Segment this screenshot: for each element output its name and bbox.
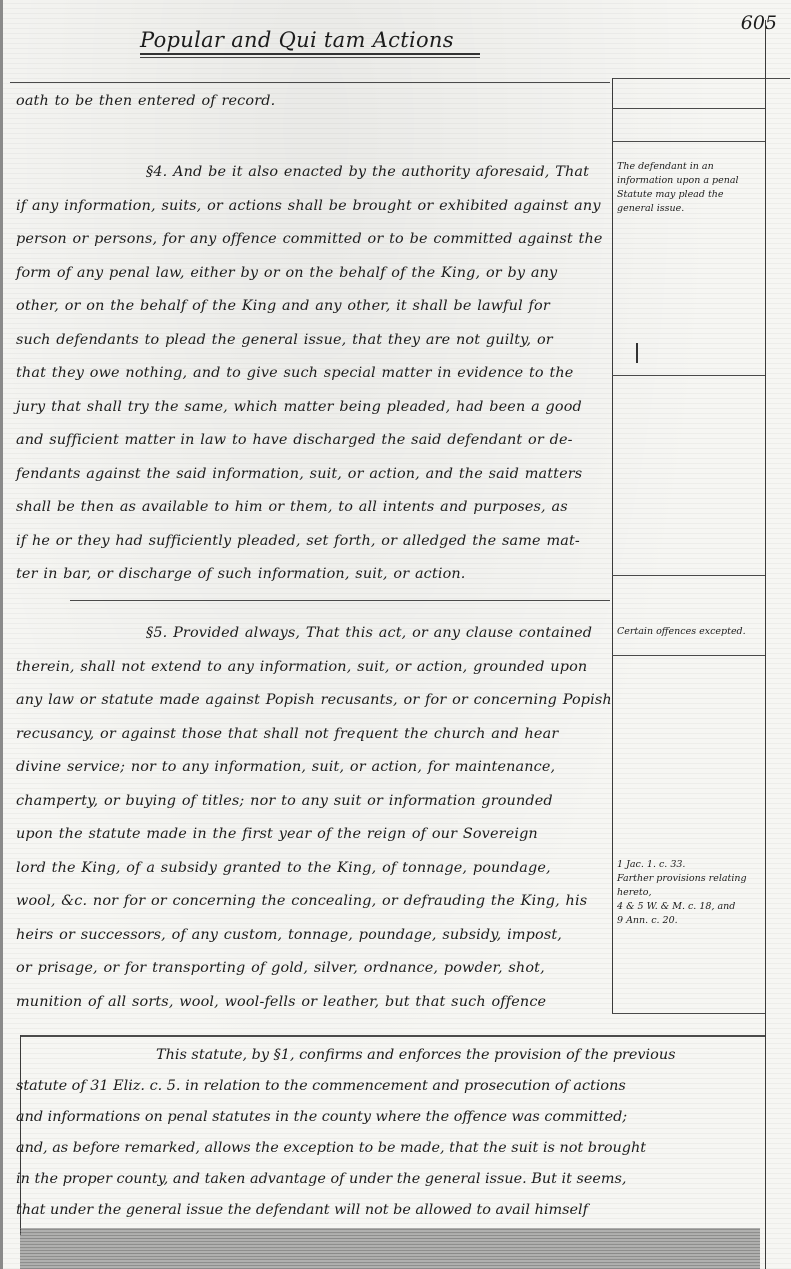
margin-note-references: 1 Jac. 1. c. 33. Farther provisions rela…: [617, 858, 765, 928]
margin-note-exceptions: Certain offences excepted.: [617, 625, 765, 639]
margin-note-line: 4 & 5 W. & M. c. 18, and: [617, 900, 765, 914]
margin-rule: [612, 375, 765, 376]
text-line: ter in bar, or discharge of such informa…: [16, 559, 606, 593]
scan-edge: [0, 0, 3, 1269]
text-line: champerty, or buying of titles; nor to a…: [16, 786, 606, 820]
margin-rule: [612, 1013, 765, 1014]
text-line: §4. And be it also enacted by the author…: [16, 157, 606, 191]
margin-rule: [612, 655, 765, 656]
text-line: §5. Provided always, That this act, or a…: [16, 618, 606, 652]
margin-note-line: hereto,: [617, 886, 765, 900]
section-5-text: §5. Provided always, That this act, or a…: [16, 618, 606, 1020]
text-line: shall be then as available to him or the…: [16, 492, 606, 526]
text-line: heirs or successors, of any custom, tonn…: [16, 920, 606, 954]
section-4-text: §4. And be it also enacted by the author…: [16, 157, 606, 593]
margin-note-line: information upon a penal: [617, 174, 765, 188]
text-line: jury that shall try the same, which matt…: [16, 392, 606, 426]
text-line: form of any penal law, either by or on t…: [16, 258, 606, 292]
margin-rule: [612, 108, 765, 109]
text-line: that they owe nothing, and to give such …: [16, 358, 606, 392]
page-title: Popular and Qui tam Actions: [140, 28, 480, 55]
section-rule: [70, 600, 610, 601]
margin-note-line: 1 Jac. 1. c. 33.: [617, 858, 765, 872]
manuscript-page: Popular and Qui tam Actions 605 oath to …: [0, 0, 791, 1269]
text-line: if he or they had sufficiently pleaded, …: [16, 526, 606, 560]
commentary-line: statute of 31 Eliz. c. 5. in relation to…: [16, 1071, 771, 1102]
commentary-line: in the proper county, and taken advantag…: [16, 1164, 771, 1195]
header-rule: [10, 82, 610, 83]
margin-note-general-issue: The defendant in an information upon a p…: [617, 160, 765, 216]
margin-rule: [612, 575, 765, 576]
text-line: lord the King, of a subsidy granted to t…: [16, 853, 606, 887]
text-line: upon the statute made in the first year …: [16, 819, 606, 853]
text-line: or prisage, or for transporting of gold,…: [16, 953, 606, 987]
margin-note-line: general issue.: [617, 202, 765, 216]
text-line: such defendants to plead the general iss…: [16, 325, 606, 359]
text-line: recusancy, or against those that shall n…: [16, 719, 606, 753]
page-number: 605: [741, 12, 777, 34]
text-line: munition of all sorts, wool, wool-fells …: [16, 987, 606, 1021]
margin-note-line: Certain offences excepted.: [617, 625, 765, 639]
commentary-line: that under the general issue the defenda…: [16, 1195, 771, 1226]
margin-stroke-mark: [636, 343, 638, 363]
text-line: therein, shall not extend to any informa…: [16, 652, 606, 686]
commentary-line: This statute, by §1, confirms and enforc…: [16, 1040, 771, 1071]
text-line: and sufficient matter in law to have dis…: [16, 425, 606, 459]
margin-top-rule: [612, 78, 790, 79]
margin-note-line: 9 Ann. c. 20.: [617, 914, 765, 928]
main-text-column: oath to be then entered of record.: [16, 86, 606, 120]
scan-shadow: [20, 1228, 760, 1269]
text-line: person or persons, for any offence commi…: [16, 224, 606, 258]
text-line: any law or statute made against Popish r…: [16, 685, 606, 719]
margin-note-line: The defendant in an: [617, 160, 765, 174]
text-line: wool, &c. nor for or concerning the conc…: [16, 886, 606, 920]
margin-rule: [612, 141, 765, 142]
text-line: other, or on the behalf of the King and …: [16, 291, 606, 325]
margin-column-divider: [612, 78, 613, 1013]
margin-note-line: Statute may plead the: [617, 188, 765, 202]
text-line: if any information, suits, or actions sh…: [16, 191, 606, 225]
commentary-line: and, as before remarked, allows the exce…: [16, 1133, 771, 1164]
text-line: oath to be then entered of record.: [16, 86, 606, 120]
margin-note-line: Farther provisions relating: [617, 872, 765, 886]
commentary-text: This statute, by §1, confirms and enforc…: [16, 1040, 771, 1226]
commentary-top-rule: [20, 1035, 765, 1037]
commentary-line: and informations on penal statutes in th…: [16, 1102, 771, 1133]
text-line: fendants against the said information, s…: [16, 459, 606, 493]
text-line: divine service; nor to any information, …: [16, 752, 606, 786]
